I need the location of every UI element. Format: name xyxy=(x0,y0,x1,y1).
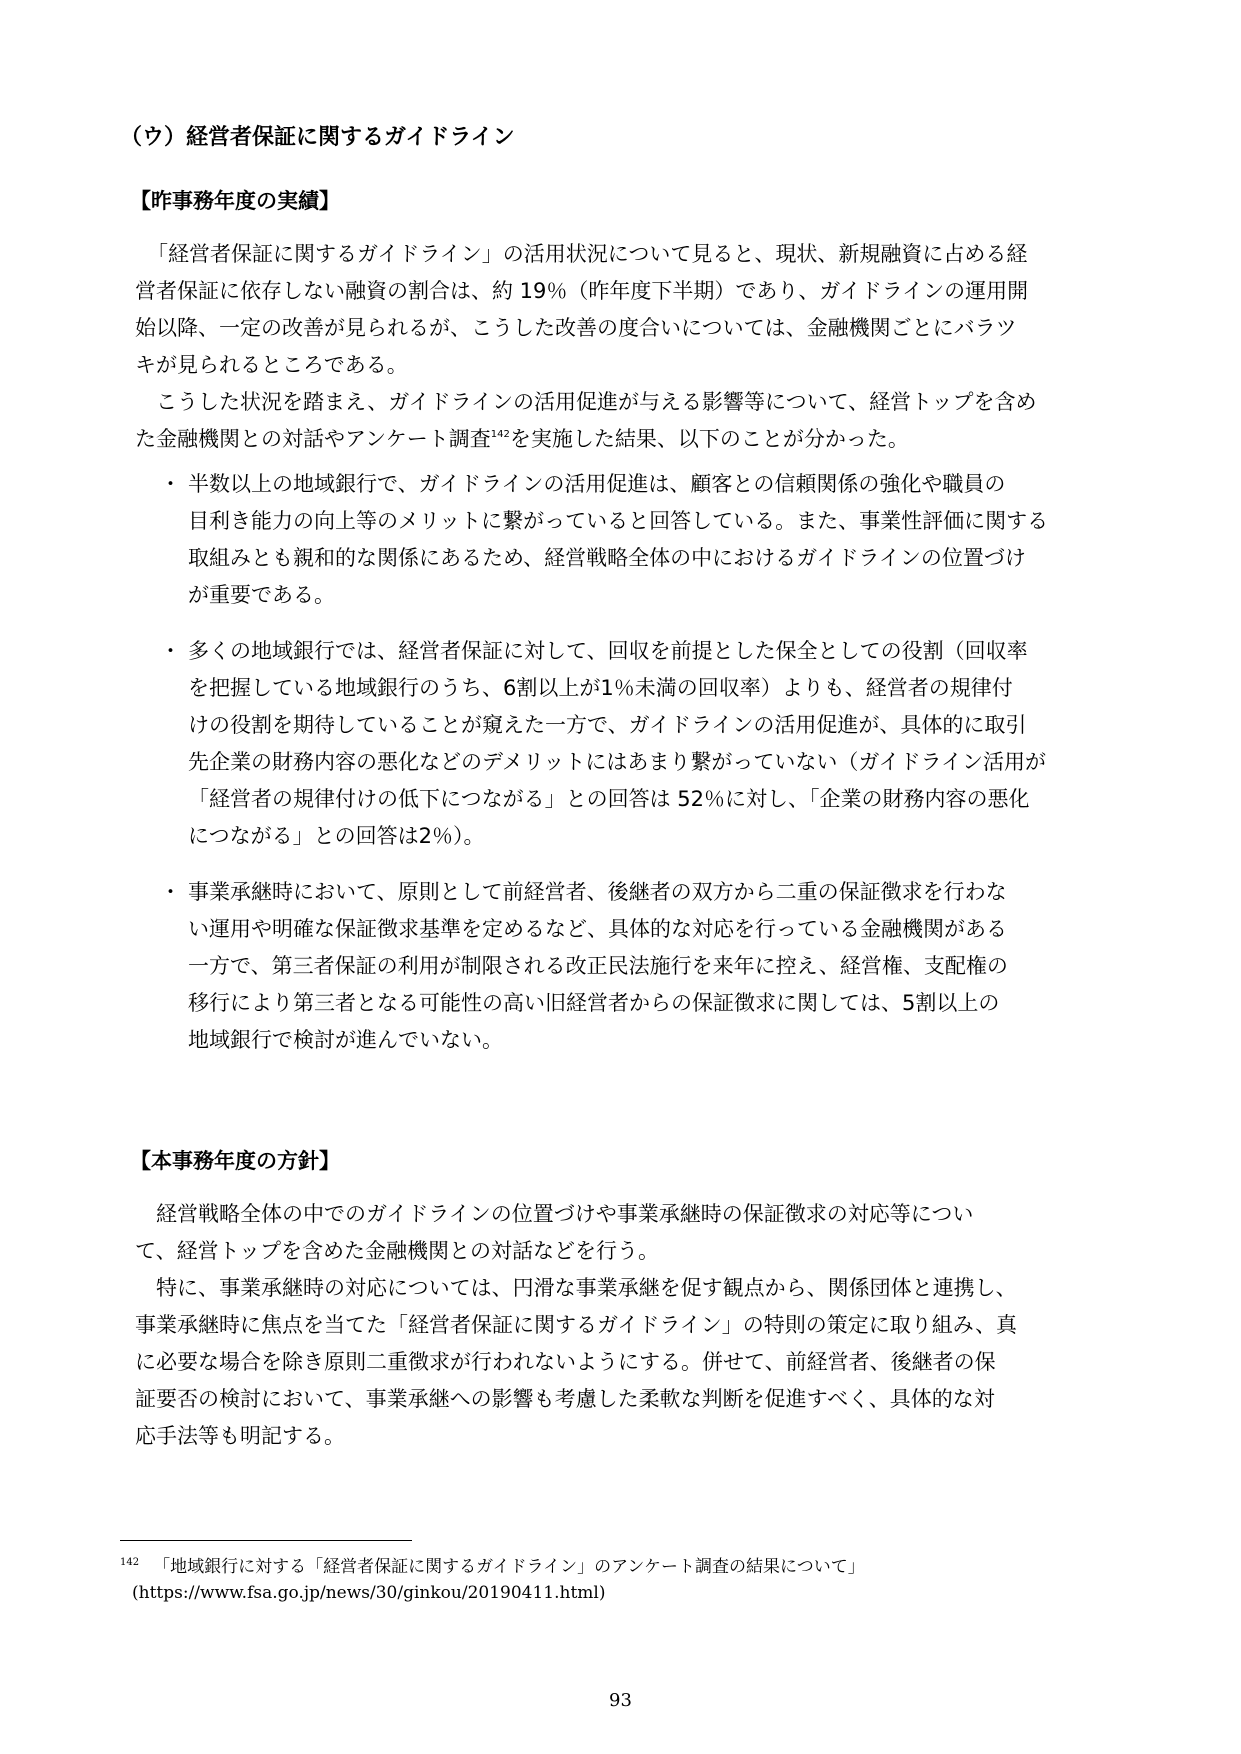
bullet-item: ・ 事業承継時において、原則として前経営者、後継者の双方から二重の保証徴求を行わ… xyxy=(160,874,1130,1059)
text-line: た金融機関との対話やアンケート調査142を実施した結果、以下のことが分かった。 xyxy=(135,421,1125,458)
findings-bullet-list: ・ 半数以上の地域銀行で、ガイドラインの活用促進は、顧客との信頼関係の強化や職員… xyxy=(160,466,1130,1078)
text-line: 事業承継時において、原則として前経営者、後継者の双方から二重の保証徴求を行わな xyxy=(188,874,1130,911)
text-line: 地域銀行で検討が進んでいない。 xyxy=(188,1022,1130,1059)
text-fragment: た金融機関との対話やアンケート調査 xyxy=(135,427,491,451)
footnote-reference[interactable]: 142 xyxy=(491,429,510,440)
text-line: 「経営者保証に関するガイドライン」の活用状況について見ると、現状、新規融資に占め… xyxy=(135,236,1125,273)
text-line: けの役割を期待していることが窺えた一方で、ガイドラインの活用促進が、具体的に取引 xyxy=(188,707,1130,744)
text-line: 先企業の財務内容の悪化などのデメリットにはあまり繋がっていない（ガイドライン活用… xyxy=(188,744,1130,781)
results-paragraph-2: こうした状況を踏まえ、ガイドラインの活用促進が与える影響等について、経営トップを… xyxy=(135,384,1125,458)
text-line: こうした状況を踏まえ、ガイドラインの活用促進が与える影響等について、経営トップを… xyxy=(135,384,1125,421)
text-line: 「経営者の規律付けの低下につながる」との回答は 52％に対し、「企業の財務内容の… xyxy=(188,781,1130,818)
text-line: キが見られるところである。 xyxy=(135,347,1125,384)
bullet-item: ・ 半数以上の地域銀行で、ガイドラインの活用促進は、顧客との信頼関係の強化や職員… xyxy=(160,466,1130,614)
results-section-title: 【昨事務年度の実績】 xyxy=(130,185,340,215)
policy-paragraph-2: 特に、事業承継時の対応については、円滑な事業承継を促す観点から、関係団体と連携し… xyxy=(135,1270,1125,1455)
text-line: い運用や明確な保証徴求基準を定めるなど、具体的な対応を行っている金融機関がある xyxy=(188,911,1130,948)
text-line: に必要な場合を除き原則二重徴求が行われないようにする。併せて、前経営者、後継者の… xyxy=(135,1344,1125,1381)
text-line: 取組みとも親和的な関係にあるため、経営戦略全体の中におけるガイドラインの位置づけ xyxy=(188,540,1130,577)
text-fragment: を実施した結果、以下のことが分かった。 xyxy=(510,427,909,451)
text-line: を把握している地域銀行のうち、6割以上が1％未満の回収率）よりも、経営者の規律付 xyxy=(188,670,1130,707)
bullet-marker: ・ xyxy=(160,633,181,670)
policy-paragraph-1: 経営戦略全体の中でのガイドラインの位置づけや事業承継時の保証徴求の対応等につい … xyxy=(135,1196,1125,1270)
text-line: 営者保証に依存しない融資の割合は、約 19％（昨年度下半期）であり、ガイドライン… xyxy=(135,273,1125,310)
text-line: 移行により第三者となる可能性の高い旧経営者からの保証徴求に関しては、5割以上の xyxy=(188,985,1130,1022)
page-number: 93 xyxy=(0,1690,1241,1711)
text-line: 一方で、第三者保証の利用が制限される改正民法施行を来年に控え、経営権、支配権の xyxy=(188,948,1130,985)
text-line: 始以降、一定の改善が見られるが、こうした改善の度合いについては、金融機関ごとにバ… xyxy=(135,310,1125,347)
text-line: 事業承継時に焦点を当てた「経営者保証に関するガイドライン」の特則の策定に取り組み… xyxy=(135,1307,1125,1344)
text-line: 経営戦略全体の中でのガイドラインの位置づけや事業承継時の保証徴求の対応等につい xyxy=(135,1196,1125,1233)
text-line: 応手法等も明記する。 xyxy=(135,1418,1125,1455)
bullet-marker: ・ xyxy=(160,874,181,911)
text-line: につながる」との回答は2％）。 xyxy=(188,818,1130,855)
footnote-divider xyxy=(120,1540,412,1541)
footnote-url[interactable]: (https://www.fsa.go.jp/news/30/ginkou/20… xyxy=(120,1580,1120,1606)
text-line: 半数以上の地域銀行で、ガイドラインの活用促進は、顧客との信頼関係の強化や職員の xyxy=(188,466,1130,503)
text-line: 証要否の検討において、事業承継への影響も考慮した柔軟な判断を促進すべく、具体的な… xyxy=(135,1381,1125,1418)
footnote-text: 「地域銀行に対する「経営者保証に関するガイドライン」のアンケート調査の結果につい… xyxy=(153,1557,865,1577)
text-line: 特に、事業承継時の対応については、円滑な事業承継を促す観点から、関係団体と連携し… xyxy=(135,1270,1125,1307)
text-line: が重要である。 xyxy=(188,577,1130,614)
text-line: 目利き能力の向上等のメリットに繋がっていると回答している。また、事業性評価に関す… xyxy=(188,503,1130,540)
document-page: （ウ）経営者保証に関するガイドライン 【昨事務年度の実績】 「経営者保証に関する… xyxy=(0,0,1241,1754)
footnote-text-line: 142「地域銀行に対する「経営者保証に関するガイドライン」のアンケート調査の結果… xyxy=(120,1550,1120,1580)
text-line: 多くの地域銀行では、経営者保証に対して、回収を前提とした保全としての役割（回収率 xyxy=(188,633,1130,670)
footnote-number: 142 xyxy=(120,1557,139,1568)
bullet-marker: ・ xyxy=(160,466,181,503)
footnote: 142「地域銀行に対する「経営者保証に関するガイドライン」のアンケート調査の結果… xyxy=(120,1550,1120,1606)
results-paragraph-1: 「経営者保証に関するガイドライン」の活用状況について見ると、現状、新規融資に占め… xyxy=(135,236,1125,384)
text-line: て、経営トップを含めた金融機関との対話などを行う。 xyxy=(135,1233,1125,1270)
bullet-item: ・ 多くの地域銀行では、経営者保証に対して、回収を前提とした保全としての役割（回… xyxy=(160,633,1130,855)
policy-section-title: 【本事務年度の方針】 xyxy=(130,1145,340,1175)
section-heading: （ウ）経営者保証に関するガイドライン xyxy=(120,120,515,151)
